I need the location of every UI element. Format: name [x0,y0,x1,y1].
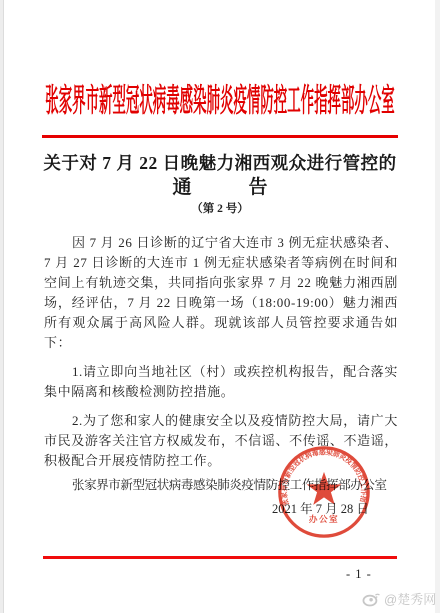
notice-document-page: 张家界市新型冠状病毒感染肺炎疫情防控工作指挥部办公室 关于对 7 月 22 日晚… [0,0,440,613]
doc-body: 因 7 月 26 日诊断的辽宁省大连市 3 例无症状感染者、7 月 27 日诊断… [44,233,398,480]
body-list-item-1: 1.请立即向当地社区（村）或疾控机构报告，配合落实集中隔离和核酸检测防控措施。 [44,362,398,402]
letterhead-rule [42,135,398,138]
page-number: - 1 - [346,567,372,582]
letterhead-org-name: 张家界市新型冠状病毒感染肺炎疫情防控工作指挥部办公室 [45,75,394,121]
seal-office-text: 办公室 [309,513,339,524]
body-paragraph-intro: 因 7 月 26 日诊断的辽宁省大连市 3 例无症状感染者、7 月 27 日诊断… [44,233,398,353]
footer-rule [43,556,397,559]
doc-title-line2: 通 告 [0,172,440,199]
official-seal: 张家界市新型冠状病毒感染肺炎疫情防控工作指挥部 办公室 [276,444,372,540]
watermark-text: @楚秀网 [384,589,436,608]
watermark: @楚秀网 [362,589,436,608]
seal-star-icon [307,472,342,505]
seal-graphic: 张家界市新型冠状病毒感染肺炎疫情防控工作指挥部 办公室 [276,444,372,540]
letterhead: 张家界市新型冠状病毒感染肺炎疫情防控工作指挥部办公室 [0,77,440,119]
doc-number: （第 2 号） [0,200,440,216]
weibo-eye-icon [362,591,381,607]
